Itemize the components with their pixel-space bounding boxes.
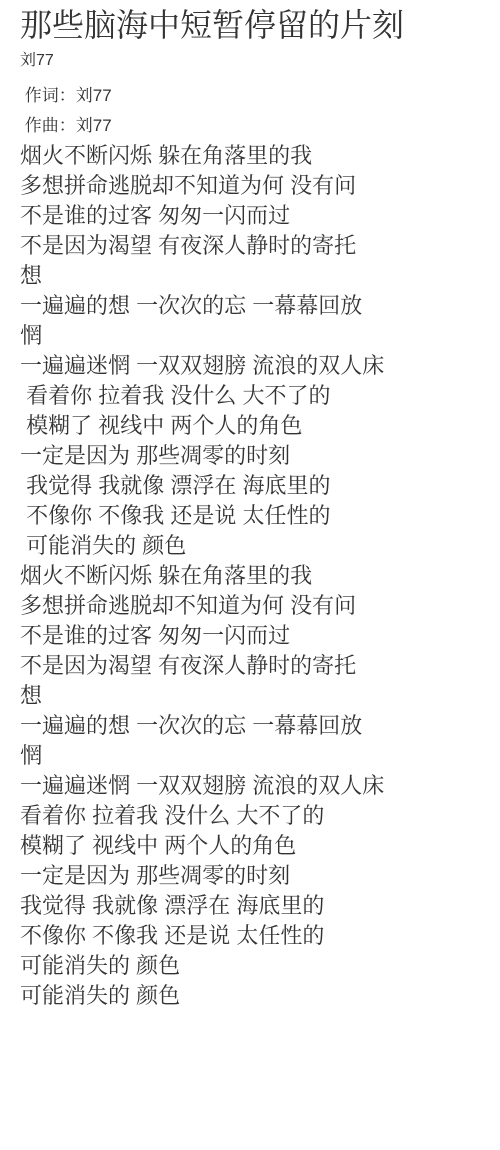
- lyric-line: 不是因为渴望 有夜深人静时的寄托: [20, 651, 492, 681]
- lyric-line: 不是因为渴望 有夜深人静时的寄托: [20, 231, 492, 261]
- lyric-line: 可能消失的 颜色: [20, 951, 492, 981]
- lyric-line: 模糊了 视线中 两个人的角色: [20, 411, 492, 441]
- composer-credit: 作曲：刘77: [20, 111, 492, 141]
- lyrics-lines: 烟火不断闪烁 躲在角落里的我 多想拼命逃脱却不知道为何 没有问 不是谁的过客 匆…: [20, 141, 492, 1011]
- lyric-line: 一遍遍迷惘 一双双翅膀 流浪的双人床: [20, 351, 492, 381]
- lyric-line: 模糊了 视线中 两个人的角色: [20, 831, 492, 861]
- lyric-line: 不是谁的过客 匆匆一闪而过: [20, 621, 492, 651]
- lyric-line: 惘: [20, 321, 492, 351]
- lyric-line: 一定是因为 那些凋零的时刻: [20, 861, 492, 891]
- lyric-line: 多想拼命逃脱却不知道为何 没有问: [20, 591, 492, 621]
- lyric-line: 我觉得 我就像 漂浮在 海底里的: [20, 891, 492, 921]
- lyric-line: 一遍遍的想 一次次的忘 一幕幕回放: [20, 291, 492, 321]
- lyric-line: 可能消失的 颜色: [20, 981, 492, 1011]
- lyric-line: 一定是因为 那些凋零的时刻: [20, 441, 492, 471]
- artist-name: 刘77: [20, 49, 492, 73]
- lyric-line: 一遍遍迷惘 一双双翅膀 流浪的双人床: [20, 771, 492, 801]
- lyric-line: 惘: [20, 741, 492, 771]
- lyric-line: 不是谁的过客 匆匆一闪而过: [20, 201, 492, 231]
- lyric-line: 一遍遍的想 一次次的忘 一幕幕回放: [20, 711, 492, 741]
- lyrics-page: 那些脑海中短暂停留的片刻 刘77 作词：刘77 作曲：刘77 烟火不断闪烁 躲在…: [0, 0, 500, 1011]
- lyric-line: 不像你 不像我 还是说 太任性的: [20, 501, 492, 531]
- song-title: 那些脑海中短暂停留的片刻: [20, 6, 492, 44]
- lyric-line: 烟火不断闪烁 躲在角落里的我: [20, 561, 492, 591]
- lyric-line: 烟火不断闪烁 躲在角落里的我: [20, 141, 492, 171]
- lyric-line: 不像你 不像我 还是说 太任性的: [20, 921, 492, 951]
- lyric-line: 我觉得 我就像 漂浮在 海底里的: [20, 471, 492, 501]
- lyric-line: 看着你 拉着我 没什么 大不了的: [20, 381, 492, 411]
- lyric-line: 想: [20, 681, 492, 711]
- lyrics-block: 作词：刘77 作曲：刘77 烟火不断闪烁 躲在角落里的我 多想拼命逃脱却不知道为…: [20, 81, 492, 1011]
- lyric-line: 可能消失的 颜色: [20, 531, 492, 561]
- lyric-line: 多想拼命逃脱却不知道为何 没有问: [20, 171, 492, 201]
- lyric-line: 看着你 拉着我 没什么 大不了的: [20, 801, 492, 831]
- lyric-line: 想: [20, 261, 492, 291]
- lyricist-credit: 作词：刘77: [20, 81, 492, 111]
